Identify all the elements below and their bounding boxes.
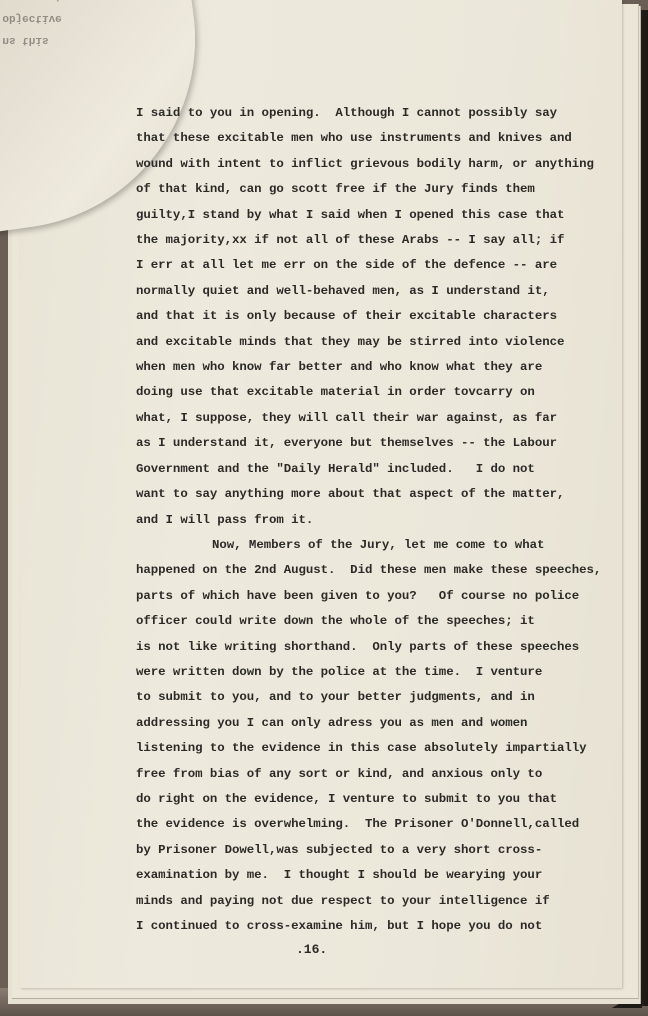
text-line: guilty,I stand by what I said when I ope… <box>136 203 626 228</box>
text-line: wound with intent to inflict grievous bo… <box>136 152 626 177</box>
text-line: the evidence is overwhelming. The Prison… <box>136 812 626 837</box>
text-line: were written down by the police at the t… <box>136 660 626 685</box>
curl-line: ns this <box>2 29 61 51</box>
text-line: happened on the 2nd August. Did these me… <box>136 558 626 583</box>
text-line: addressing you I can only adress you as … <box>136 711 626 736</box>
text-line: officer could write down the whole of th… <box>136 609 626 634</box>
text-line: as I understand it, everyone but themsel… <box>136 431 626 456</box>
text-line: I said to you in opening. Although I can… <box>136 101 626 126</box>
curl-line: possess t <box>2 0 61 7</box>
text-line: what, I suppose, they will call their wa… <box>136 406 626 431</box>
paragraph-start-line: Now, Members of the Jury, let me come to… <box>136 533 626 558</box>
text-line: minds and paying not due respect to your… <box>136 889 626 914</box>
text-line: and that it is only because of their exc… <box>136 304 626 329</box>
text-line: the majority,xx if not all of these Arab… <box>136 228 626 253</box>
text-line: parts of which have been given to you? O… <box>136 584 626 609</box>
text-line: of that kind, can go scott free if the J… <box>136 177 626 202</box>
text-line: I err at all let me err on the side of t… <box>136 253 626 278</box>
page-number: .16. <box>296 942 327 957</box>
text-line: to submit to you, and to your better jud… <box>136 685 626 710</box>
text-line: I continued to cross-examine him, but I … <box>136 914 626 939</box>
text-line: and I will pass from it. <box>136 508 626 533</box>
text-line: free from bias of any sort or kind, and … <box>136 762 626 787</box>
text-line: want to say anything more about that asp… <box>136 482 626 507</box>
curl-line: objective <box>2 7 61 29</box>
text-line: when men who know far better and who kno… <box>136 355 626 380</box>
text-line: listening to the evidence in this case a… <box>136 736 626 761</box>
previous-page-curl-text: ns this objective possess t <box>2 0 61 51</box>
text-line: examination by me. I thought I should be… <box>136 863 626 888</box>
text-line: is not like writing shorthand. Only part… <box>136 635 626 660</box>
text-line: do right on the evidence, I venture to s… <box>136 787 626 812</box>
text-line: by Prisoner Dowell,was subjected to a ve… <box>136 838 626 863</box>
text-line: and excitable minds that they may be sti… <box>136 330 626 355</box>
text-line: doing use that excitable material in ord… <box>136 380 626 405</box>
text-line: Government and the "Daily Herald" includ… <box>136 457 626 482</box>
text-line: normally quiet and well-behaved men, as … <box>136 279 626 304</box>
typewritten-body: I said to you in opening. Although I can… <box>136 101 626 939</box>
text-line: that these excitable men who use instrum… <box>136 126 626 151</box>
